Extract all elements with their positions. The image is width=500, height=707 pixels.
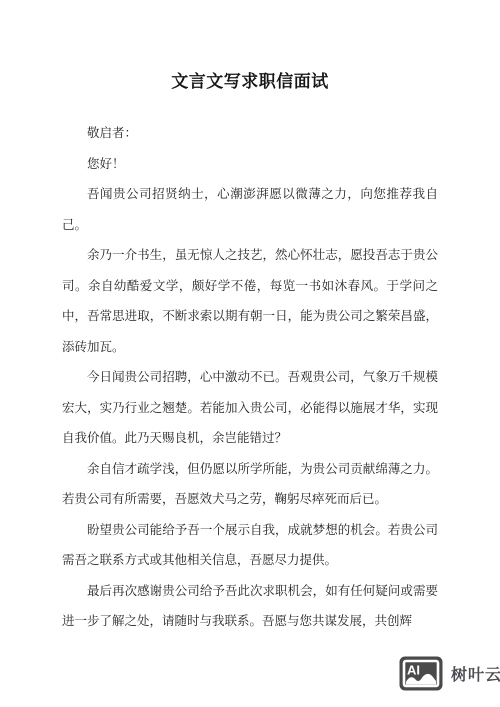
- paragraph-closing: 最后再次感谢贵公司给予吾此次求职机会，如有任何疑问或需要进一步了解之处，请随时与…: [62, 576, 438, 637]
- document-title: 文言文写求职信面试: [0, 0, 500, 92]
- watermark-brand-text: 树叶云: [451, 662, 500, 685]
- salutation-line: 敬启者：: [62, 118, 438, 149]
- document-page: 文言文写求职信面试 敬启者： 您好！ 吾闻贵公司招贤纳士，心潮澎湃愿以微薄之力，…: [0, 0, 500, 707]
- paragraph-intro: 吾闻贵公司招贤纳士，心潮澎湃愿以微薄之力，向您推荐我自己。: [62, 179, 438, 240]
- greeting-line: 您好！: [62, 149, 438, 180]
- ai-image-icon: AI: [399, 656, 443, 691]
- paragraph-request: 盼望贵公司能给予吾一个展示自我，成就梦想的机会。若贵公司需吾之联系方式或其他相关…: [62, 515, 438, 576]
- paragraph-company-praise: 今日闻贵公司招聘，心中激动不已。吾观贵公司，气象万千规模宏大，实乃行业之翘楚。若…: [62, 362, 438, 454]
- ai-icon-label: AI: [407, 663, 420, 678]
- watermark: AI 树叶云: [399, 656, 500, 691]
- document-body: 敬启者： 您好！ 吾闻贵公司招贤纳士，心潮澎湃愿以微薄之力，向您推荐我自己。 余…: [62, 118, 438, 637]
- paragraph-self-introduction: 余乃一介书生，虽无惊人之技艺，然心怀壮志，愿投吾志于贵公司。余自幼酷爱文学，颇好…: [62, 240, 438, 362]
- paragraph-dedication: 余自信才疏学浅，但仍愿以所学所能，为贵公司贡献绵薄之力。若贵公司有所需要，吾愿效…: [62, 454, 438, 515]
